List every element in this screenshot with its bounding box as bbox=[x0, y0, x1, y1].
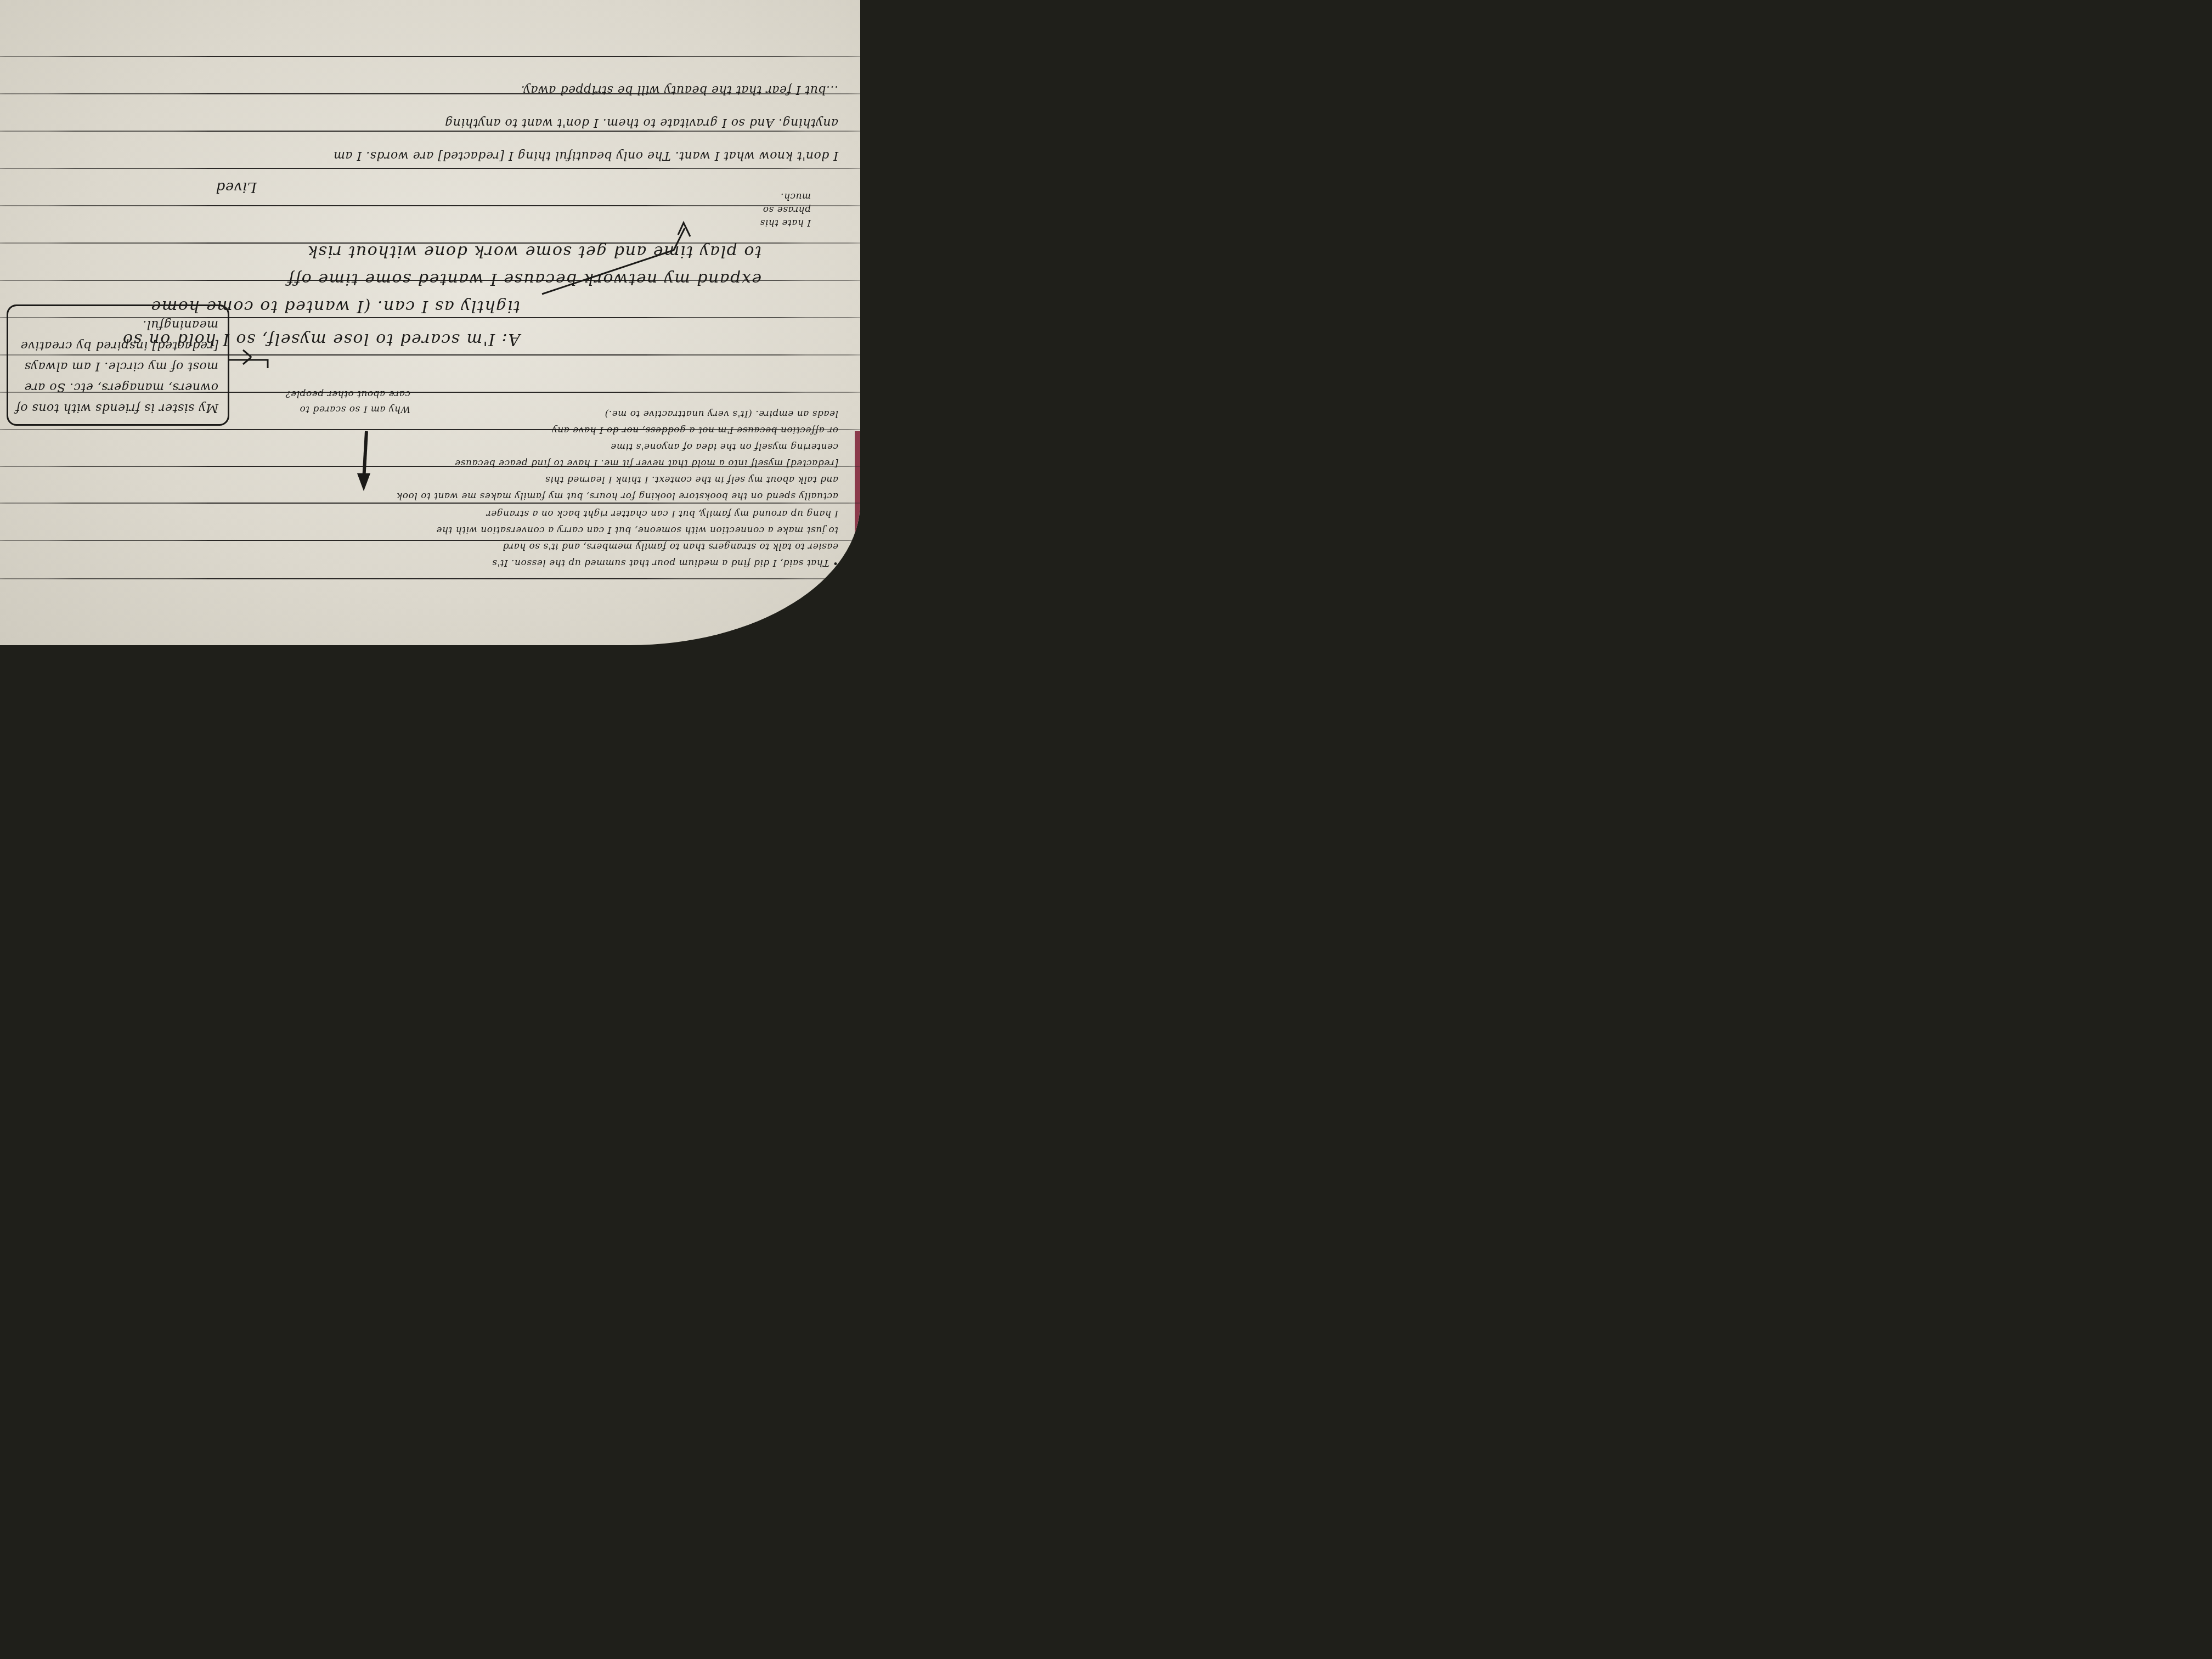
annotation-arrows bbox=[0, 0, 860, 645]
upside-down-content: • That said, I did find a medium pour th… bbox=[0, 0, 860, 645]
arrow-head-icon bbox=[243, 350, 251, 364]
notebook-page: • That said, I did find a medium pour th… bbox=[0, 0, 860, 645]
arrow-from-box-icon bbox=[229, 360, 268, 368]
arrow-head-icon bbox=[358, 474, 369, 489]
arrow-to-side-note-icon bbox=[542, 228, 685, 294]
